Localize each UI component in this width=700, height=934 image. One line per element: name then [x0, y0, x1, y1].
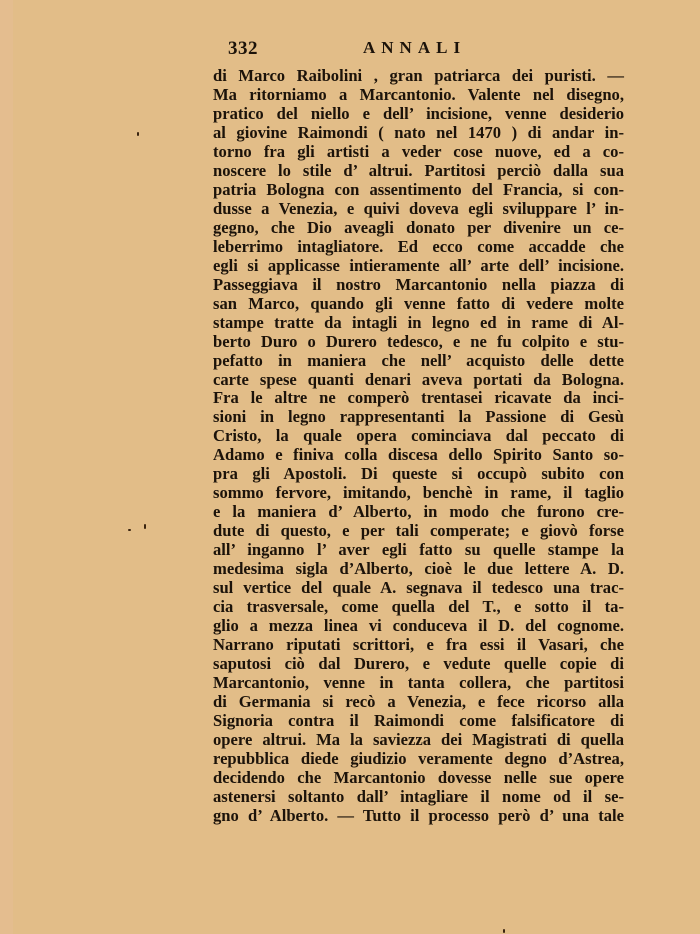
- text-line: berto Duro o Durero tedesco, e ne fu col…: [213, 333, 624, 352]
- text-line: gno d’ Alberto. — Tutto il processo però…: [213, 807, 624, 826]
- text-line: sioni in legno rappresentanti la Passion…: [213, 408, 624, 427]
- text-line: noscere lo stile d’ altrui. Partitosi pe…: [213, 162, 624, 181]
- text-line: e la maniera d’ Alberto, in modo che fur…: [213, 503, 624, 522]
- text-line: dusse a Venezia, e quivi doveva egli svi…: [213, 200, 624, 219]
- text-line: cia trasversale, come quella del T., e s…: [213, 598, 624, 617]
- text-line: patria Bologna con assentimento del Fran…: [213, 181, 624, 200]
- text-line: leberrimo intagliatore. Ed ecco come acc…: [213, 238, 624, 257]
- text-line: Adamo e finiva colla discesa dello Spiri…: [213, 446, 624, 465]
- text-line: egli si applicasse intieramente all’ art…: [213, 257, 624, 276]
- body-text: di Marco Raibolini , gran patriarca dei …: [213, 67, 624, 826]
- text-line: pefatto in maniera che nell’ acquisto de…: [213, 352, 624, 371]
- text-line: Marcantonio, venne in tanta collera, che…: [213, 674, 624, 693]
- text-line: sommo fervore, imitando, benchè in rame,…: [213, 484, 624, 503]
- text-line: Cristo, la quale opera cominciava dal pe…: [213, 427, 624, 446]
- ink-speck: [144, 524, 146, 529]
- text-line: opere altrui. Ma la saviezza dei Magistr…: [213, 731, 624, 750]
- text-line: glio a mezza linea vi conduceva il D. de…: [213, 617, 624, 636]
- text-line: carte spese quanti denari aveva portati …: [213, 371, 624, 390]
- text-line: Signoria contra il Raimondi come falsifi…: [213, 712, 624, 731]
- text-line: all’ inganno l’ aver egli fatto su quell…: [213, 541, 624, 560]
- text-line: astenersi soltanto dall’ intagliare il n…: [213, 788, 624, 807]
- text-line: pratico del niello e dell’ incisione, ve…: [213, 105, 624, 124]
- text-line: Passeggiava il nostro Marcantonio nella …: [213, 276, 624, 295]
- text-line: repubblica diede giudizio veramente degn…: [213, 750, 624, 769]
- text-line: al giovine Raimondi ( nato nel 1470 ) di…: [213, 124, 624, 143]
- text-line: Narrano riputati scrittori, e fra essi i…: [213, 636, 624, 655]
- text-line: di Marco Raibolini , gran patriarca dei …: [213, 67, 624, 86]
- text-line: stampe tratte da intagli in legno ed in …: [213, 314, 624, 333]
- ink-speck: [503, 929, 505, 933]
- text-line: torno fra gli artisti a veder cose nuove…: [213, 143, 624, 162]
- running-head: ANNALI: [363, 38, 466, 58]
- text-line: Ma ritorniamo a Marcantonio. Valente nel…: [213, 86, 624, 105]
- ink-speck: [137, 132, 139, 136]
- text-line: di Germania si recò a Venezia, e fece ri…: [213, 693, 624, 712]
- text-line: saputosi ciò dal Durero, e vedute quelle…: [213, 655, 624, 674]
- text-line: Fra le altre ne comperò trentasei ricava…: [213, 389, 624, 408]
- text-line: medesima sigla d’Alberto, cioè le due le…: [213, 560, 624, 579]
- text-line: gegno, che Dio aveagli donato per diveni…: [213, 219, 624, 238]
- text-line: pra gli Apostoli. Di queste si occupò su…: [213, 465, 624, 484]
- text-line: sul vertice del quale A. segnava il tede…: [213, 579, 624, 598]
- ink-speck: [128, 529, 131, 531]
- text-line: decidendo che Marcantonio dovesse nelle …: [213, 769, 624, 788]
- text-line: dute di questo, e per tali comperate; e …: [213, 522, 624, 541]
- page-number: 332: [228, 38, 258, 60]
- text-line: san Marco, quando gli venne fatto di ved…: [213, 295, 624, 314]
- page-edge-strip: [0, 0, 13, 934]
